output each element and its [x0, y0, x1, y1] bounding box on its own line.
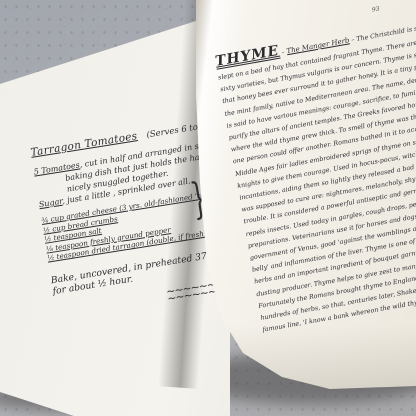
handwritten-line: preparations. Veterinarians use it for h…	[247, 202, 416, 253]
handwritten-line: hundreds of herbs, so that, centuries la…	[260, 274, 416, 325]
page-number: 93	[371, 5, 380, 13]
thyme-body: slept on a bed of hay that contained fra…	[217, 33, 416, 337]
thyme-subtitle: The Manger Herb	[286, 36, 350, 55]
handwritten-line: government of Venus, good 'against the w…	[249, 214, 416, 265]
handwritten-line: knights to give them courage. Used in ho…	[236, 142, 416, 193]
book-photo: Tarragon Tomatoes (Serves 6 to 8) 5 Toma…	[0, 0, 416, 416]
handwritten-line: the mint family, native to Mediterranean…	[224, 70, 416, 121]
right-page-handwriting: THYME – The Manger Herb – The Christchil…	[214, 15, 416, 337]
thyme-title: THYME	[214, 43, 281, 70]
handwritten-line: herbs and an important ingredient of bou…	[253, 238, 416, 289]
handwritten-line: famous line, 'I know a bank whereon the …	[262, 286, 416, 337]
handwritten-line: repels insects. Used today in gargles, c…	[245, 190, 416, 241]
thyme-title-line: THYME – The Manger Herb – The Christchil…	[214, 15, 416, 73]
handwritten-line: was supposed to cure are: nightmares, me…	[241, 166, 416, 217]
handwritten-line: slept on a bed of hay that contained fra…	[217, 33, 416, 84]
handwritten-line: that honey bees ever surround it to gath…	[222, 58, 416, 109]
dash: –	[279, 48, 287, 56]
handwritten-line: one person could offer another. Romans b…	[232, 118, 416, 169]
handwritten-line: is said to have various meanings: courag…	[226, 82, 416, 133]
handwritten-line: sixty varieties, but Thymus vulgaris is …	[219, 45, 416, 96]
handwritten-line: purify the altars of ancient temples. Th…	[228, 94, 416, 145]
handwritten-line: Fortunately the Romans brought thyme to …	[258, 262, 416, 313]
handwritten-line: dusting producer. Thyme helps to give ze…	[255, 250, 416, 301]
handwritten-line: where the wild thyme grew thick. To smel…	[230, 106, 416, 157]
ingredient-lead: Sugar	[38, 197, 63, 210]
handwritten-line: incantations, aiding them so lightly the…	[238, 154, 416, 205]
handwritten-line: trouble. It is considered a powerful ant…	[243, 178, 416, 229]
handwritten-line: belly' and inflammation of the liver. Th…	[251, 226, 416, 277]
thyme-first-line: – The Christchild is said to have	[349, 19, 416, 44]
handwritten-line: Middle Ages fair ladies embroidered spri…	[234, 130, 416, 181]
